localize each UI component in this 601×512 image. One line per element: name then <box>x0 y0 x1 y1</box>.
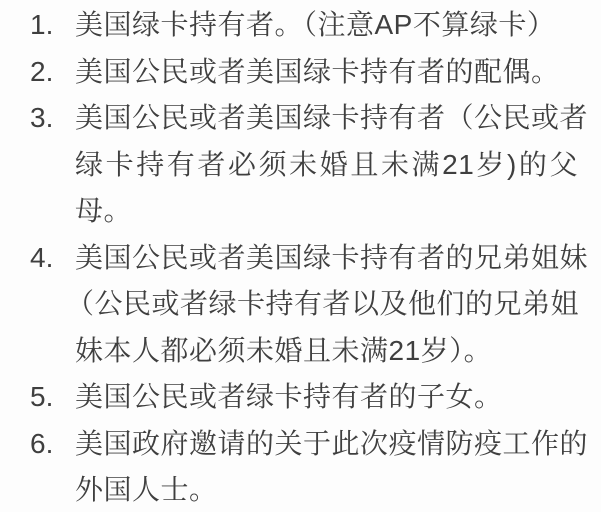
list-item: 2. 美国公民或者美国绿卡持有者的配偶。 <box>0 49 601 96</box>
item-number: 5. <box>30 374 75 421</box>
text-line: （公民或者绿卡持有者以及他们的兄弟姐 <box>66 281 578 328</box>
list-item: 1. 美国绿卡持有者。（注意AP不算绿卡） <box>0 2 601 49</box>
item-text: 美国公民或者绿卡持有者的子女。 <box>75 374 578 421</box>
text-line: 美国政府邀请的关于此次疫情防疫工作的 <box>75 421 578 468</box>
document: 1. 美国绿卡持有者。（注意AP不算绿卡） 2. 美国公民或者美国绿卡持有者的配… <box>0 0 601 512</box>
list-item: 6. 美国政府邀请的关于此次疫情防疫工作的外国人士。 <box>0 421 601 512</box>
item-text: 美国绿卡持有者。（注意AP不算绿卡） <box>75 2 578 49</box>
text-line: 美国公民或者美国绿卡持有者（公民或者 <box>75 95 578 142</box>
item-number: 4. <box>30 235 75 282</box>
text-line: 美国绿卡持有者。（注意AP不算绿卡） <box>75 2 578 49</box>
item-number: 2. <box>30 49 75 96</box>
text-line: 美国公民或者美国绿卡持有者的兄弟姐妹 <box>75 235 578 282</box>
text-line: 美国公民或者美国绿卡持有者的配偶。 <box>75 49 578 96</box>
list-item: 3. 美国公民或者美国绿卡持有者（公民或者绿卡持有者必须未婚且未满21岁)的父母… <box>0 95 601 235</box>
item-text: 美国政府邀请的关于此次疫情防疫工作的外国人士。 <box>75 421 578 512</box>
item-number: 1. <box>30 2 75 49</box>
list-item: 5. 美国公民或者绿卡持有者的子女。 <box>0 374 601 421</box>
numbered-list: 1. 美国绿卡持有者。（注意AP不算绿卡） 2. 美国公民或者美国绿卡持有者的配… <box>0 2 601 512</box>
text-line: 母。 <box>75 188 578 235</box>
text-line: 绿卡持有者必须未婚且未满21岁)的父 <box>75 142 578 189</box>
item-text: 美国公民或者美国绿卡持有者的兄弟姐妹（公民或者绿卡持有者以及他们的兄弟姐妹本人都… <box>75 235 578 375</box>
item-number: 6. <box>30 421 75 468</box>
text-line: 美国公民或者绿卡持有者的子女。 <box>75 374 578 421</box>
item-number: 3. <box>30 95 75 142</box>
item-text: 美国公民或者美国绿卡持有者的配偶。 <box>75 49 578 96</box>
item-text: 美国公民或者美国绿卡持有者（公民或者绿卡持有者必须未婚且未满21岁)的父母。 <box>75 95 578 235</box>
text-line: 外国人士。 <box>75 467 578 512</box>
text-line: 妹本人都必须未婚且未满21岁）。 <box>75 328 578 375</box>
list-item: 4. 美国公民或者美国绿卡持有者的兄弟姐妹（公民或者绿卡持有者以及他们的兄弟姐妹… <box>0 235 601 375</box>
